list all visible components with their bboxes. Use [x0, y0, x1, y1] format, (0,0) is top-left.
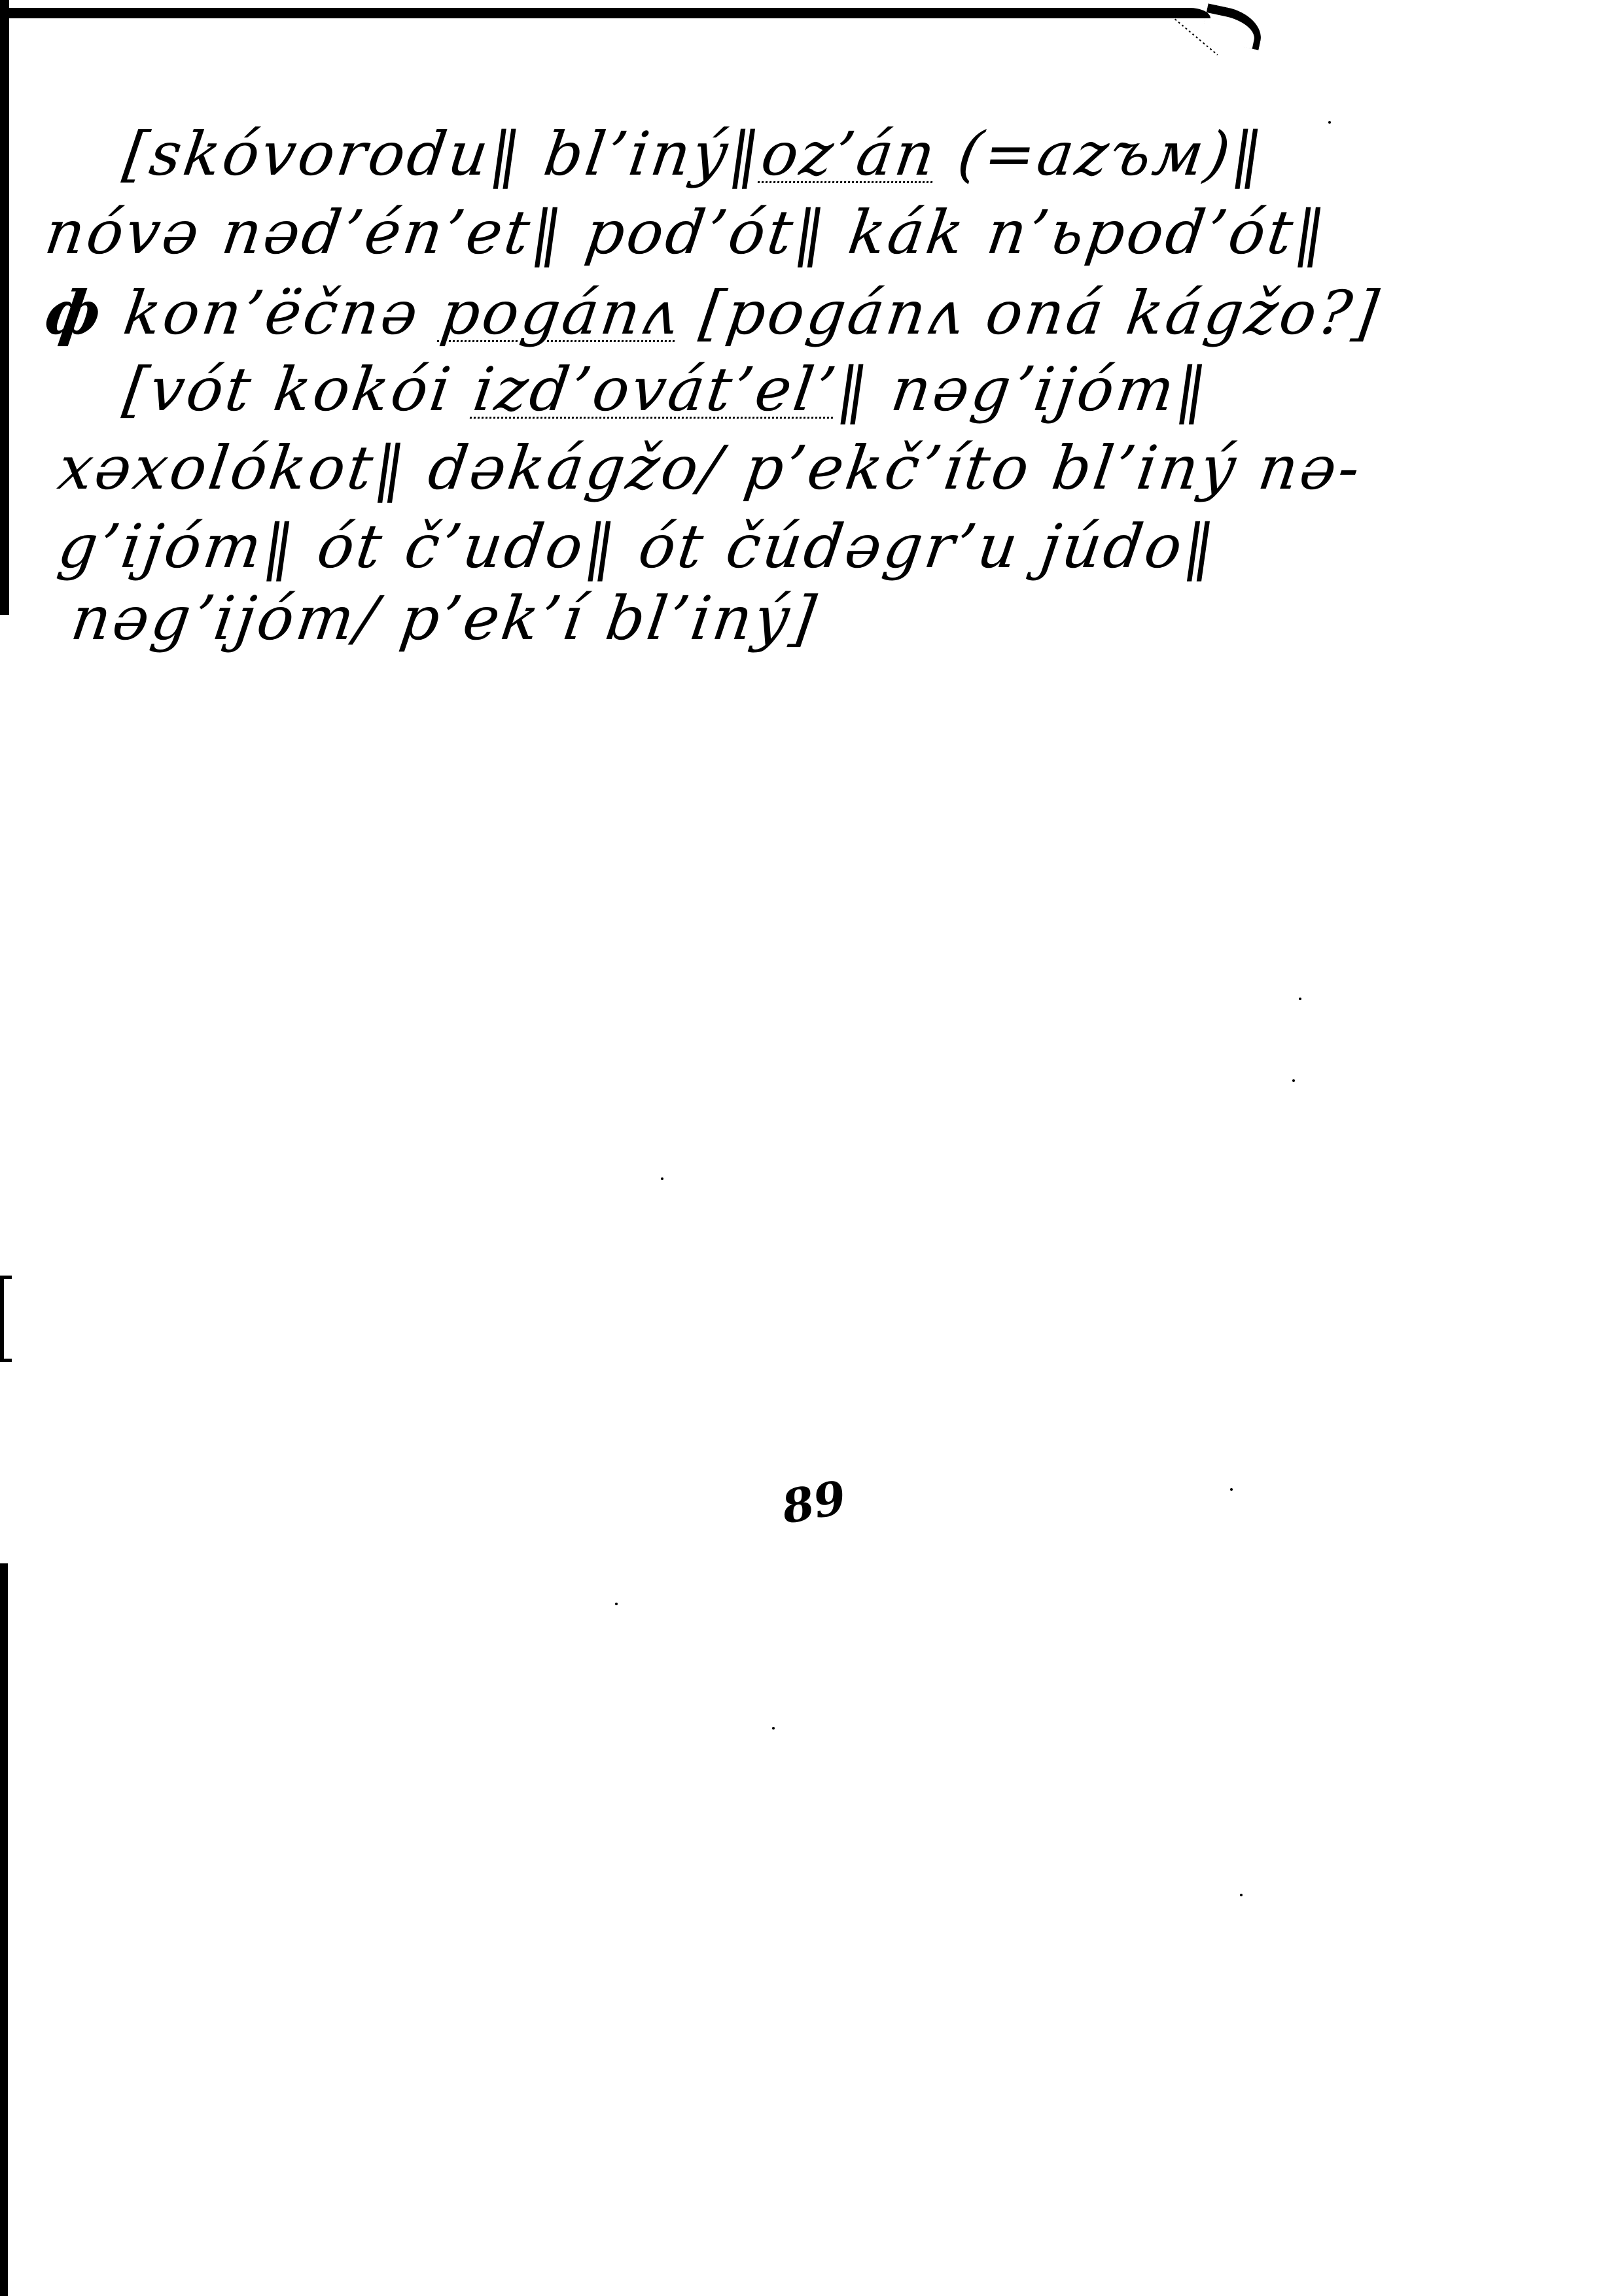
line-6-part-1: g’ijóm‖ ót č’udo‖ ót čúdəgr’u júdo‖	[54, 512, 1222, 582]
scan-speck	[1328, 121, 1331, 124]
scan-speck	[1230, 1488, 1233, 1491]
scanned-page: [skóvorodu‖ bl’iný‖oz’án (=azъм)‖ nóvə n…	[0, 0, 1607, 2296]
line-5-part-1: xəxolókot‖ dəkágžo/ p’ekč’íto bl’iný nə-	[54, 433, 1367, 503]
line-3-part-2: kon’ёčnə	[97, 278, 446, 348]
scan-speck	[1299, 998, 1301, 1000]
line-2-part-1: nóvə nəd’én’et‖ pod’ót‖ kák n’ьpod’ót‖	[41, 198, 1333, 268]
struck-out-letter: ф	[42, 283, 107, 343]
line-4-part-1: [vót kokói	[120, 355, 479, 425]
text-line-4: [vót kokói izd’ovát’el’‖ nəgʼijóm‖	[120, 360, 1214, 420]
scan-speck	[1240, 1894, 1243, 1896]
scan-speck	[772, 1727, 775, 1730]
binding-mark	[0, 1276, 12, 1362]
scan-speck	[1292, 1079, 1295, 1082]
page-edge-left-lower	[0, 1563, 8, 2296]
line-4-underlined-word: izd’ovát’el’	[469, 355, 843, 425]
scan-speck	[615, 1603, 618, 1605]
line-1-underlined-word: oz’án	[757, 119, 942, 189]
line-3-part-4: [pogánʌ oná kágžo?]	[675, 278, 1385, 348]
line-4-part-3: ‖ nəgʼijóm‖	[833, 355, 1214, 425]
text-line-1: [skóvorodu‖ bl’iný‖oz’án (=azъм)‖	[120, 124, 1269, 184]
line-7-part-1: nəgʼijóm/ p’ek’í bl’iný]	[67, 583, 822, 653]
page-edge-left-upper	[0, 0, 9, 615]
text-line-2: nóvə nəd’én’et‖ pod’ót‖ kák n’ьpod’ót‖	[42, 203, 1332, 263]
page-number: 89	[778, 1470, 850, 1535]
text-line-7: nəgʼijóm/ p’ek’í bl’iný]	[68, 589, 822, 649]
text-line-6: g’ijóm‖ ót č’udo‖ ót čúdəgr’u júdo‖	[55, 517, 1221, 577]
text-line-3: ф kon’ёčnə pogánʌ [pogánʌ oná kágžo?]	[41, 283, 1384, 343]
line-1-part-1: [skóvorodu‖ bl’iný‖	[120, 119, 768, 189]
text-line-5: xəxolókot‖ dəkágžo/ p’ekč’íto bl’iný nə-	[55, 438, 1366, 498]
line-3-underlined-word: pogánʌ	[436, 278, 684, 348]
line-1-part-3: (=azъм)‖	[932, 119, 1269, 189]
page-edge-top	[0, 8, 1210, 18]
scan-speck	[661, 1177, 663, 1180]
page-edge-corner-curl	[1201, 3, 1265, 50]
